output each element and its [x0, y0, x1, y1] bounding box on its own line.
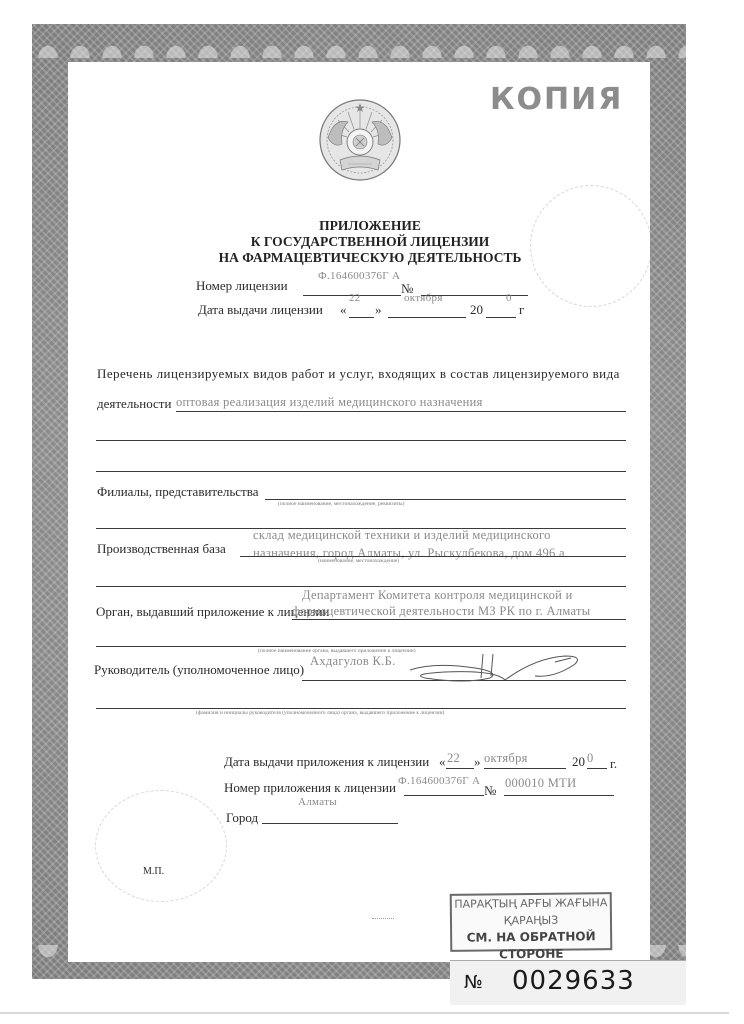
activities-label: Перечень лицензируемых видов работ и усл…	[97, 366, 620, 382]
appendix-number-value-1[interactable]: Ф.164600376Г А	[398, 775, 480, 787]
appendix-year-line	[587, 768, 607, 769]
production-base-hint: (наименование, местонахождение)	[318, 558, 399, 564]
production-base-label: Производственная база	[97, 541, 226, 557]
quote-close: »	[375, 302, 382, 318]
stamp-line-1: ПАРАҚТЫҢ АРҒЫ ЖАҒЫНА	[452, 894, 610, 913]
production-base-line-2	[96, 586, 626, 587]
activities-value[interactable]: оптовая реализация изделий медицинского …	[176, 395, 483, 410]
city-value[interactable]: Алматы	[298, 796, 337, 808]
appendix-number-value-2[interactable]: 000010 МТИ	[505, 776, 576, 791]
signature	[405, 648, 595, 688]
license-year-line	[486, 317, 516, 318]
copy-stamp: КОПИЯ	[490, 82, 623, 117]
appendix-year-suffix[interactable]: 0	[587, 751, 594, 766]
appendix-number-label: Номер приложения к лицензии	[224, 780, 396, 796]
head-value[interactable]: Ахдагулов К.Б.	[310, 654, 396, 669]
head-label: Руководитель (уполномоченное лицо)	[94, 662, 304, 678]
production-base-line	[240, 556, 626, 557]
quote-close: »	[474, 754, 481, 770]
appendix-year-unit: г.	[610, 756, 617, 772]
title-line-3: НА ФАРМАЦЕВТИЧЕСКУЮ ДЕЯТЕЛЬНОСТЬ	[180, 250, 560, 266]
appendix-year-prefix: 20	[572, 754, 585, 770]
city-label: Город	[226, 810, 258, 826]
stamp-line-2: ҚАРАҢЫЗ	[452, 911, 610, 930]
faint-mark	[372, 918, 394, 919]
appendix-date-day[interactable]: 22	[447, 751, 460, 766]
serial-no-sign: №	[464, 972, 483, 993]
seal-place-label: М.П.	[143, 866, 164, 877]
activities-line-3	[96, 471, 626, 472]
license-month-line	[388, 317, 466, 318]
appendix-date-label: Дата выдачи приложения к лицензии	[224, 754, 429, 770]
license-number-value[interactable]: Ф.164600376Г А	[318, 270, 400, 282]
serial-number-box: № 0029633	[450, 960, 686, 1005]
license-number-label: Номер лицензии	[196, 278, 288, 294]
title-line-1: ПРИЛОЖЕНИЕ	[180, 218, 560, 234]
faint-seal-imprint	[95, 790, 227, 902]
license-year-suffix[interactable]: 0	[506, 292, 512, 304]
branches-hint: (полное наименование, местонахождение, р…	[278, 501, 404, 507]
page-edge	[0, 1012, 729, 1014]
production-base-value-1[interactable]: склад медицинской техники и изделий меди…	[253, 528, 551, 543]
license-date-day[interactable]: 22	[349, 292, 361, 304]
title-line-2: К ГОСУДАРСТВЕННОЙ ЛИЦЕНЗИИ	[180, 234, 560, 250]
head-line-2	[96, 708, 626, 709]
appendix-date-month[interactable]: октября	[484, 751, 528, 766]
branches-line	[265, 499, 626, 500]
appendix-day-line	[446, 768, 474, 769]
issuing-authority-line	[292, 619, 626, 620]
appendix-no-line	[504, 795, 614, 796]
branches-label: Филиалы, представительства	[97, 484, 258, 500]
quote-open: «	[439, 754, 446, 770]
activities-label-2: деятельности	[97, 396, 171, 412]
license-year-unit: г	[519, 302, 524, 318]
serial-number: 0029633	[512, 966, 635, 996]
license-date-month[interactable]: октября	[404, 292, 443, 304]
license-date-label: Дата выдачи лицензии	[198, 302, 323, 318]
issuing-authority-line-2	[96, 646, 626, 647]
city-line	[262, 823, 398, 824]
appendix-number-line	[404, 795, 484, 796]
state-emblem-icon	[318, 98, 402, 182]
appendix-no-sign: №	[484, 783, 496, 799]
license-year-prefix: 20	[470, 302, 483, 318]
border-wave-pattern	[32, 28, 686, 58]
activities-line-2	[96, 440, 626, 441]
head-hint: (фамилия и инициалы руководителя (уполно…	[196, 710, 444, 716]
license-day-line	[349, 317, 374, 318]
issuing-authority-value-2[interactable]: фармацевтической деятельности МЗ РК по г…	[292, 604, 590, 619]
activities-line	[176, 411, 626, 412]
appendix-month-line	[484, 768, 566, 769]
production-base-value-2[interactable]: назначения, город Алматы, ул. Рыскулбеко…	[253, 546, 565, 561]
issuing-authority-value-1[interactable]: Департамент Комитета контроля медицинско…	[302, 588, 573, 603]
stamp-line-3: СМ. НА ОБРАТНОЙ СТОРОНЕ	[452, 928, 610, 964]
reverse-side-stamp: ПАРАҚТЫҢ АРҒЫ ЖАҒЫНА ҚАРАҢЫЗ СМ. НА ОБРА…	[450, 892, 613, 952]
quote-open: «	[340, 302, 347, 318]
